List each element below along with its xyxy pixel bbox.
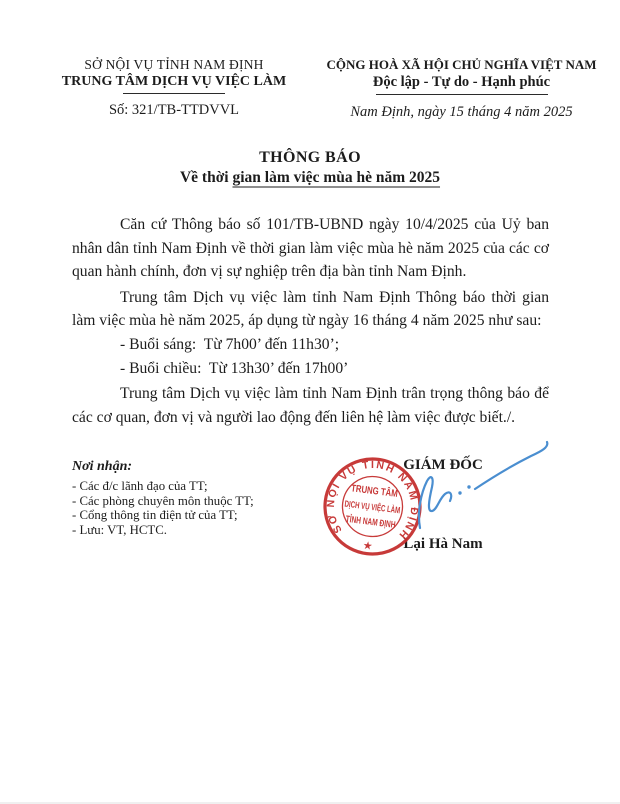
doc-title: THÔNG BÁO bbox=[0, 149, 620, 167]
document-page: SỞ NỘI VỤ TỈNH NAM ĐỊNH TRUNG TÂM DỊCH V… bbox=[0, 0, 620, 804]
stamp-center-line3: TỈNH NAM ĐỊNH bbox=[345, 513, 396, 531]
national-block: CỘNG HOÀ XÃ HỘI CHỦ NGHĨA VIỆT NAM Độc l… bbox=[313, 57, 610, 121]
stamp-inner-ring bbox=[339, 473, 406, 540]
dateline: Nam Định, ngày 15 tháng 4 năm 2025 bbox=[313, 104, 610, 121]
stamp-star: ★ bbox=[362, 540, 373, 553]
national-motto-line2: Độc lập - Tự do - Hạnh phúc bbox=[313, 74, 610, 91]
recipients-list: - Các đ/c lãnh đạo của TT; - Các phòng c… bbox=[72, 479, 254, 537]
bullet-afternoon: - Buổi chiều: Từ 13h30’ đến 17h00’ bbox=[72, 357, 549, 381]
issuer-name: TRUNG TÂM DỊCH VỤ VIỆC LÀM bbox=[30, 74, 318, 90]
recipient-item: - Lưu: VT, HCTC. bbox=[72, 523, 254, 538]
official-stamp: SỞ NỘI VỤ TỈNH NAM ĐỊNH ★ TRUNG TÂM DỊCH… bbox=[315, 430, 575, 580]
issuer-parent: SỞ NỘI VỤ TỈNH NAM ĐỊNH bbox=[30, 57, 318, 73]
paragraph-3: Trung tâm Dịch vụ việc làm tỉnh Nam Định… bbox=[72, 382, 549, 429]
signer-name: Lại Hà Nam bbox=[374, 536, 512, 553]
doc-subtitle: Về thời gian làm việc mùa hè năm 2025 bbox=[0, 169, 620, 187]
recipient-item: - Các phòng chuyên môn thuộc TT; bbox=[72, 494, 254, 509]
recipients-block: Nơi nhận: - Các đ/c lãnh đạo của TT; - C… bbox=[72, 459, 254, 537]
recipients-label: Nơi nhận: bbox=[72, 459, 254, 475]
subtitle-underlined: gian làm việc mùa hè năm 2025 bbox=[232, 169, 440, 186]
subtitle-prefix: Về thời bbox=[180, 169, 233, 186]
signature-title: GIÁM ĐỐC bbox=[374, 457, 512, 474]
issuer-block: SỞ NỘI VỤ TỈNH NAM ĐỊNH TRUNG TÂM DỊCH V… bbox=[30, 57, 318, 119]
issuer-rule bbox=[123, 93, 225, 94]
bullet-morning: - Buổi sáng: Từ 7h00’ đến 11h30’; bbox=[72, 333, 549, 357]
stamp-center-line2: DỊCH VỤ VIỆC LÀM bbox=[344, 498, 401, 516]
doc-number: Số: 321/TB-TTDVVL bbox=[30, 102, 318, 119]
body-text: Căn cứ Thông báo số 101/TB-UBND ngày 10/… bbox=[72, 213, 549, 429]
motto-rule bbox=[376, 94, 548, 95]
recipient-item: - Các đ/c lãnh đạo của TT; bbox=[72, 479, 254, 494]
paragraph-2: Trung tâm Dịch vụ việc làm tỉnh Nam Định… bbox=[72, 286, 549, 333]
national-motto-line1: CỘNG HOÀ XÃ HỘI CHỦ NGHĨA VIỆT NAM bbox=[313, 57, 610, 73]
paragraph-1: Căn cứ Thông báo số 101/TB-UBND ngày 10/… bbox=[72, 213, 549, 284]
signature-dots bbox=[458, 485, 470, 494]
recipient-item: - Cổng thông tin điện tử của TT; bbox=[72, 508, 254, 523]
signature-stroke bbox=[419, 442, 547, 528]
stamp-center-line1: TRUNG TÂM bbox=[350, 481, 398, 500]
title-block: THÔNG BÁO Về thời gian làm việc mùa hè n… bbox=[0, 149, 620, 187]
